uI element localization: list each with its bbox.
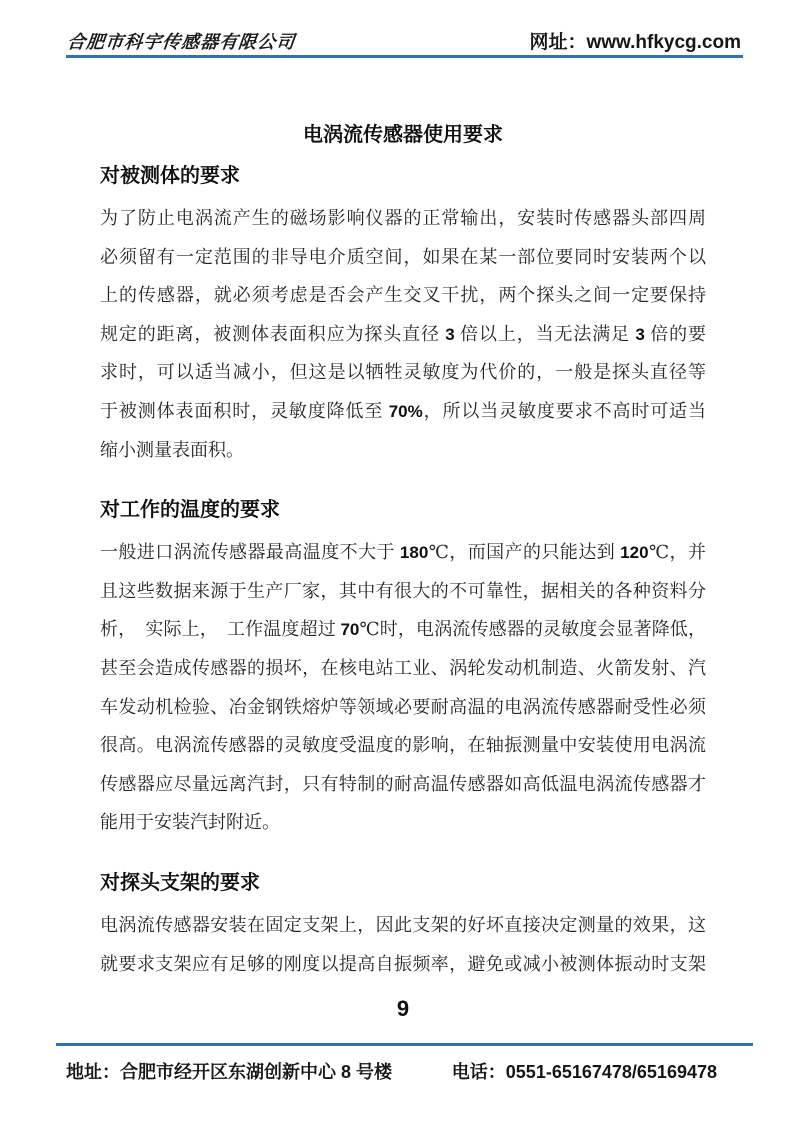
page-number: 9 xyxy=(100,996,706,1022)
body-line: 很高。电涡流传感器的灵敏度受温度的影响，在轴振测量中安装使用电涡流 xyxy=(100,726,706,765)
body-line: 规定的距离，被测体表面积应为探头直径 3 倍以上，当无法满足 3 倍的要 xyxy=(100,315,706,354)
footer-phone: 电话：0551-65167478/65169478 xyxy=(452,1058,717,1084)
bold-number: 180 xyxy=(400,543,428,562)
document-title: 电涡流传感器使用要求 xyxy=(100,123,706,147)
body-line: 缩小测量表面积。 xyxy=(100,431,706,470)
document-section: 对被测体的要求为了防止电涡流产生的磁场影响仪器的正常输出，安装时传感器头部四周必… xyxy=(100,165,706,469)
phone-label: 电话： xyxy=(452,1062,506,1082)
section-heading: 对工作的温度的要求 xyxy=(100,499,706,521)
website: 网址：www.hfkycg.com xyxy=(529,27,741,54)
website-label: 网址： xyxy=(529,32,586,53)
document-section: 对工作的温度的要求一般进口涡流传感器最高温度不大于 180℃，而国产的只能达到 … xyxy=(100,499,706,842)
document-section: 对探头支架的要求电涡流传感器安装在固定支架上，因此支架的好坏直接决定测量的效果，… xyxy=(100,872,706,983)
body-line: 于被测体表面积时，灵敏度降低至 70%，所以当灵敏度要求不高时可适当 xyxy=(100,392,706,431)
body-line: 必须留有一定范围的非导电介质空间，如果在某一部位要同时安装两个以 xyxy=(100,238,706,277)
document-page: 合肥市科宇传感器有限公司 网址：www.hfkycg.com 电涡流传感器使用要… xyxy=(0,0,793,1122)
paragraph: 一般进口涡流传感器最高温度不大于 180℃，而国产的只能达到 120℃，并且这些… xyxy=(100,533,706,842)
body-line: 就要求支架应有足够的刚度以提高自振频率，避免或减小被测体振动时支架 xyxy=(100,945,706,984)
section-heading: 对探头支架的要求 xyxy=(100,872,706,894)
page-footer: 地址：合肥市经开区东湖创新中心 8 号楼 电话：0551-65167478/65… xyxy=(56,1043,753,1084)
bold-number: 70% xyxy=(389,402,423,421)
body-line: 析， 实际上， 工作温度超过 70℃时，电涡流传感器的灵敏度会显著降低， xyxy=(100,610,706,649)
body-line: 且这些数据来源于生产厂家，其中有很大的不可靠性，据相关的各种资料分 xyxy=(100,572,706,611)
body-line: 甚至会造成传感器的损坏，在核电站工业、涡轮发动机制造、火箭发射、汽 xyxy=(100,649,706,688)
website-url: www.hfkycg.com xyxy=(587,32,742,53)
company-name: 合肥市科宇传感器有限公司 xyxy=(66,28,297,54)
body-line: 能用于安装汽封附近。 xyxy=(100,803,706,842)
body-line: 上的传感器，就必须考虑是否会产生交叉干扰，两个探头之间一定要保持 xyxy=(100,276,706,315)
bold-number: 120 xyxy=(620,543,648,562)
bold-number: 70 xyxy=(340,620,359,639)
body-line: 车发动机检验、冶金钢铁熔炉等领域必要耐高温的电涡流传感器耐受性必须 xyxy=(100,688,706,727)
body-line: 电涡流传感器安装在固定支架上，因此支架的好坏直接决定测量的效果，这 xyxy=(100,906,706,945)
document-body: 电涡流传感器使用要求 对被测体的要求为了防止电涡流产生的磁场影响仪器的正常输出，… xyxy=(100,0,706,1022)
page-header: 合肥市科宇传感器有限公司 网址：www.hfkycg.com xyxy=(66,0,743,58)
paragraph: 电涡流传感器安装在固定支架上，因此支架的好坏直接决定测量的效果，这就要求支架应有… xyxy=(100,906,706,983)
paragraph: 为了防止电涡流产生的磁场影响仪器的正常输出，安装时传感器头部四周必须留有一定范围… xyxy=(100,199,706,469)
address-label: 地址： xyxy=(66,1062,120,1082)
footer-address: 地址：合肥市经开区东湖创新中心 8 号楼 xyxy=(66,1058,392,1084)
body-line: 为了防止电涡流产生的磁场影响仪器的正常输出，安装时传感器头部四周 xyxy=(100,199,706,238)
bold-number: 3 xyxy=(635,325,644,344)
address-value: 合肥市经开区东湖创新中心 8 号楼 xyxy=(120,1062,392,1082)
body-line: 求时，可以适当减小，但这是以牺牲灵敏度为代价的，一般是探头直径等 xyxy=(100,353,706,392)
phone-value: 0551-65167478/65169478 xyxy=(506,1062,717,1082)
section-heading: 对被测体的要求 xyxy=(100,165,706,187)
body-line: 一般进口涡流传感器最高温度不大于 180℃，而国产的只能达到 120℃，并 xyxy=(100,533,706,572)
bold-number: 3 xyxy=(445,325,454,344)
sections: 对被测体的要求为了防止电涡流产生的磁场影响仪器的正常输出，安装时传感器头部四周必… xyxy=(100,165,706,983)
body-line: 传感器应尽量远离汽封，只有特制的耐高温传感器如高低温电涡流传感器才 xyxy=(100,765,706,804)
